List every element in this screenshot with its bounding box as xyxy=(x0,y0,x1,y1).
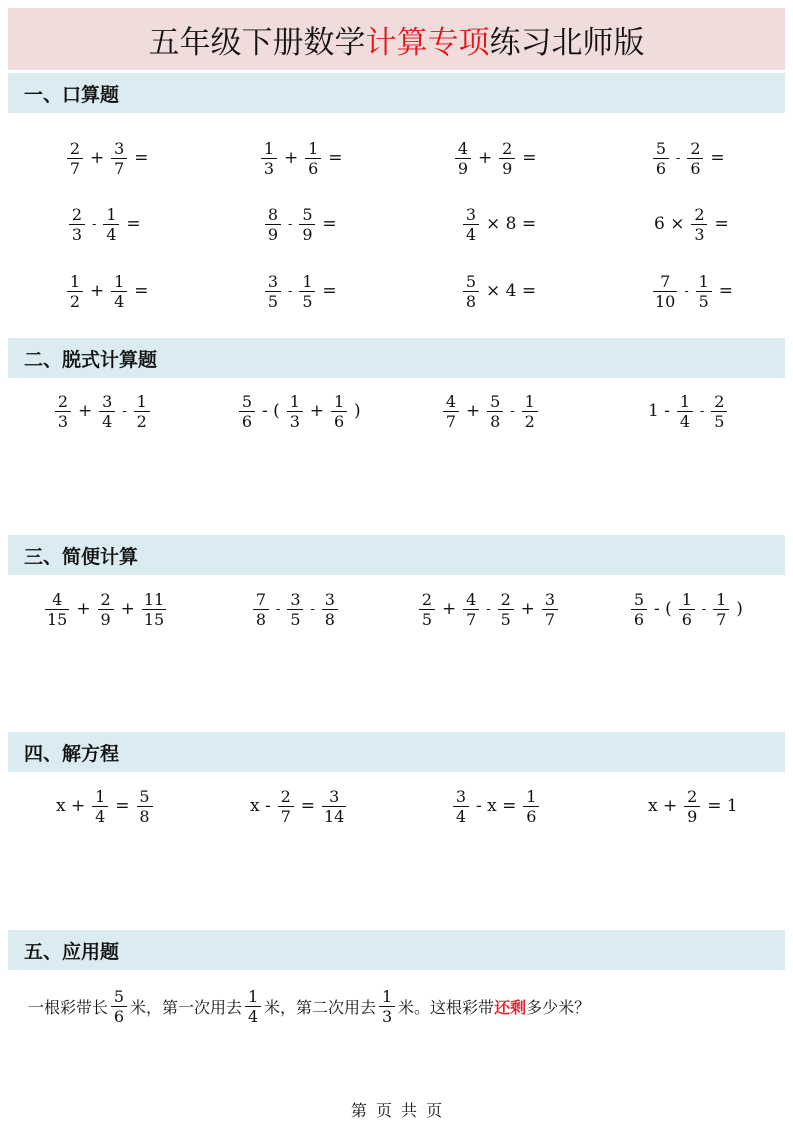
fraction: 58 xyxy=(463,272,479,311)
operator: + xyxy=(442,599,456,619)
fraction: 14 xyxy=(92,787,108,826)
operator: ) xyxy=(354,401,361,421)
numerator: 1 xyxy=(104,205,118,224)
operator: + xyxy=(478,148,492,168)
section-header-word-problems: 五、应用题 xyxy=(8,930,785,970)
numerator: 1 xyxy=(93,787,107,806)
title-banner: 五年级下册数学计算专项练习北师版 xyxy=(8,8,785,70)
numerator: 3 xyxy=(112,139,126,158)
numerator: 3 xyxy=(100,392,114,411)
fraction: 89 xyxy=(265,205,281,244)
denominator: 3 xyxy=(55,411,71,431)
fraction: 15 xyxy=(696,272,712,311)
problem-row: 12+14=35-15=58× 4 =710-15= xyxy=(0,267,793,315)
fraction: 16 xyxy=(679,590,695,629)
numerator: 5 xyxy=(240,392,254,411)
denominator: 6 xyxy=(679,609,695,629)
denominator: 7 xyxy=(713,609,729,629)
math-expression: 6 ×23= xyxy=(650,200,733,248)
denominator: 6 xyxy=(631,609,647,629)
fraction: 29 xyxy=(684,787,700,826)
math-expression: 49+29= xyxy=(452,134,541,182)
operator: = 1 xyxy=(707,796,737,816)
operator: = xyxy=(328,148,342,168)
denominator: 7 xyxy=(443,411,459,431)
word-problem-text-4: 米。这根彩带 xyxy=(398,995,494,1018)
section-header-simplified-calculation: 三、简便计算 xyxy=(8,535,785,575)
operator: x + xyxy=(648,796,677,816)
operator: + xyxy=(90,281,104,301)
operator: - xyxy=(702,602,706,617)
math-expression: 1 -14-25 xyxy=(644,387,730,435)
fraction: 23 xyxy=(69,205,85,244)
operator: - xyxy=(700,404,704,419)
denominator: 9 xyxy=(265,224,281,244)
math-expression: 35-15= xyxy=(262,267,341,315)
word-problem-text-1: 一根彩带长 xyxy=(28,995,108,1018)
operator: - x = xyxy=(476,796,516,816)
fraction: 56 xyxy=(653,139,669,178)
numerator: 1 xyxy=(262,139,276,158)
fraction: 29 xyxy=(499,139,515,178)
denominator: 4 xyxy=(92,806,108,826)
fraction: 13 xyxy=(379,987,395,1026)
fraction: 56 xyxy=(111,987,127,1026)
denominator: 6 xyxy=(523,806,539,826)
operator: × 8 = xyxy=(486,214,536,234)
operator: × 4 = xyxy=(486,281,536,301)
denominator: 15 xyxy=(45,609,69,629)
denominator: 5 xyxy=(265,291,281,311)
denominator: 7 xyxy=(67,158,83,178)
fraction: 34 xyxy=(453,787,469,826)
denominator: 5 xyxy=(419,609,435,629)
numerator: 1 xyxy=(714,590,728,609)
numerator: 1 xyxy=(680,590,694,609)
numerator: 2 xyxy=(692,205,706,224)
denominator: 3 xyxy=(691,224,707,244)
problem-row: x +14=58x -27=31434- x =16x +29= 1 xyxy=(0,782,793,830)
fraction: 12 xyxy=(134,392,150,431)
numerator: 3 xyxy=(323,590,337,609)
operator: = xyxy=(322,214,336,234)
problem-row: 27+37=13+16=49+29=56-26= xyxy=(0,134,793,182)
denominator: 5 xyxy=(711,411,727,431)
denominator: 4 xyxy=(677,411,693,431)
numerator: 11 xyxy=(142,590,166,609)
numerator: 5 xyxy=(300,205,314,224)
word-problem-text-3: 米，第二次用去 xyxy=(264,995,376,1018)
denominator: 9 xyxy=(98,609,114,629)
denominator: 8 xyxy=(253,609,269,629)
numerator: 1 xyxy=(678,392,692,411)
math-expression: 56- (13+16) xyxy=(236,387,365,435)
denominator: 8 xyxy=(137,806,153,826)
operator: - xyxy=(288,284,292,299)
fraction: 49 xyxy=(455,139,471,178)
operator: - xyxy=(276,602,280,617)
denominator: 4 xyxy=(111,291,127,311)
operator: + xyxy=(90,148,104,168)
section-header-step-calculation: 二、脱式计算题 xyxy=(8,338,785,378)
fraction: 1115 xyxy=(142,590,166,629)
numerator: 1 xyxy=(300,272,314,291)
operator: x - xyxy=(250,796,271,816)
numerator: 3 xyxy=(266,272,280,291)
denominator: 6 xyxy=(687,158,703,178)
denominator: 3 xyxy=(261,158,277,178)
math-expression: 23+34-12 xyxy=(52,387,153,435)
operator: = xyxy=(301,796,315,816)
numerator: 8 xyxy=(266,205,280,224)
denominator: 3 xyxy=(287,411,303,431)
operator: 1 - xyxy=(648,401,670,421)
math-expression: 56-26= xyxy=(650,134,729,182)
fraction: 26 xyxy=(687,139,703,178)
denominator: 5 xyxy=(287,609,303,629)
operator: x + xyxy=(56,796,85,816)
numerator: 3 xyxy=(543,590,557,609)
fraction: 37 xyxy=(111,139,127,178)
fraction: 58 xyxy=(487,392,503,431)
denominator: 6 xyxy=(305,158,321,178)
fraction: 34 xyxy=(463,205,479,244)
math-expression: 13+16= xyxy=(258,134,347,182)
denominator: 8 xyxy=(487,411,503,431)
fraction: 59 xyxy=(299,205,315,244)
numerator: 1 xyxy=(288,392,302,411)
operator: - ( xyxy=(654,599,672,619)
operator: - ( xyxy=(262,401,280,421)
numerator: 2 xyxy=(420,590,434,609)
word-problem-text-2: 米，第一次用去 xyxy=(130,995,242,1018)
fraction: 27 xyxy=(67,139,83,178)
title-part-3: 练习北师版 xyxy=(490,17,645,62)
numerator: 1 xyxy=(112,272,126,291)
operator: - xyxy=(676,151,680,166)
denominator: 4 xyxy=(99,411,115,431)
fraction: 35 xyxy=(265,272,281,311)
operator: = xyxy=(714,214,728,234)
fraction: 34 xyxy=(99,392,115,431)
numerator: 2 xyxy=(500,139,514,158)
numerator: 3 xyxy=(327,787,341,806)
numerator: 2 xyxy=(70,205,84,224)
math-expression: 58× 4 = xyxy=(460,267,540,315)
denominator: 4 xyxy=(103,224,119,244)
problem-row: 23-14=89-59=34× 8 =6 ×23= xyxy=(0,200,793,248)
numerator: 2 xyxy=(99,590,113,609)
denominator: 9 xyxy=(499,158,515,178)
operator: 6 × xyxy=(654,214,684,234)
denominator: 2 xyxy=(67,291,83,311)
fraction: 12 xyxy=(522,392,538,431)
fraction: 25 xyxy=(711,392,727,431)
denominator: 14 xyxy=(322,806,346,826)
operator: = xyxy=(522,148,536,168)
math-expression: 27+37= xyxy=(64,134,153,182)
word-problem: 一根彩带长 56 米，第一次用去 14 米，第二次用去 13 米。这根彩带还剩多… xyxy=(28,982,590,1030)
operator: = xyxy=(126,214,140,234)
section-header-equations: 四、解方程 xyxy=(8,732,785,772)
fraction: 35 xyxy=(287,590,303,629)
fraction: 13 xyxy=(287,392,303,431)
problem-row: 415+29+111578-35-3825+47-25+3756- (16-17… xyxy=(0,585,793,633)
numerator: 2 xyxy=(685,787,699,806)
operator: - xyxy=(288,217,292,232)
operator: + xyxy=(284,148,298,168)
numerator: 1 xyxy=(68,272,82,291)
word-problem-text-5: 多少米？ xyxy=(526,995,590,1018)
denominator: 2 xyxy=(134,411,150,431)
denominator: 5 xyxy=(696,291,712,311)
title-part-1: 五年级下册数学 xyxy=(149,17,366,62)
numerator: 1 xyxy=(332,392,346,411)
numerator: 3 xyxy=(288,590,302,609)
math-expression: 56- (16-17) xyxy=(628,585,747,633)
denominator: 7 xyxy=(111,158,127,178)
fraction: 23 xyxy=(55,392,71,431)
denominator: 7 xyxy=(278,806,294,826)
operator: - xyxy=(122,404,126,419)
denominator: 2 xyxy=(522,411,538,431)
problem-row: 23+34-1256- (13+16)47+58-121 -14-25 xyxy=(0,387,793,435)
denominator: 9 xyxy=(684,806,700,826)
denominator: 5 xyxy=(498,609,514,629)
denominator: 9 xyxy=(299,224,315,244)
math-expression: 710-15= xyxy=(650,267,737,315)
denominator: 6 xyxy=(239,411,255,431)
math-expression: 12+14= xyxy=(64,267,153,315)
operator: = xyxy=(134,148,148,168)
numerator: 1 xyxy=(524,787,538,806)
denominator: 15 xyxy=(142,609,166,629)
fraction: 16 xyxy=(523,787,539,826)
fraction: 14 xyxy=(677,392,693,431)
denominator: 6 xyxy=(331,411,347,431)
numerator: 2 xyxy=(68,139,82,158)
fraction: 78 xyxy=(253,590,269,629)
operator: = xyxy=(710,148,724,168)
section-header-oral: 一、口算题 xyxy=(8,73,785,113)
operator: - xyxy=(310,602,314,617)
operator: - xyxy=(486,602,490,617)
operator: + xyxy=(466,401,480,421)
numerator: 4 xyxy=(50,590,64,609)
numerator: 2 xyxy=(279,787,293,806)
operator: + xyxy=(121,599,135,619)
denominator: 9 xyxy=(455,158,471,178)
fraction: 47 xyxy=(463,590,479,629)
fraction: 14 xyxy=(111,272,127,311)
numerator: 5 xyxy=(654,139,668,158)
denominator: 8 xyxy=(322,609,338,629)
math-expression: 415+29+1115 xyxy=(42,585,169,633)
operator: = xyxy=(115,796,129,816)
fraction: 29 xyxy=(98,590,114,629)
math-expression: x +14=58 xyxy=(52,782,156,830)
fraction: 14 xyxy=(245,987,261,1026)
operator: + xyxy=(76,599,90,619)
fraction: 38 xyxy=(322,590,338,629)
numerator: 1 xyxy=(523,392,537,411)
numerator: 1 xyxy=(697,272,711,291)
denominator: 6 xyxy=(653,158,669,178)
fraction: 14 xyxy=(103,205,119,244)
operator: - xyxy=(510,404,514,419)
fraction: 47 xyxy=(443,392,459,431)
numerator: 4 xyxy=(444,392,458,411)
fraction: 58 xyxy=(137,787,153,826)
numerator: 4 xyxy=(456,139,470,158)
fraction: 16 xyxy=(305,139,321,178)
operator: + xyxy=(78,401,92,421)
math-expression: 25+47-25+37 xyxy=(416,585,561,633)
numerator: 5 xyxy=(632,590,646,609)
denominator: 3 xyxy=(69,224,85,244)
numerator: 3 xyxy=(454,787,468,806)
fraction: 16 xyxy=(331,392,347,431)
denominator: 5 xyxy=(299,291,315,311)
denominator: 10 xyxy=(653,291,677,311)
math-expression: 34- x =16 xyxy=(450,782,542,830)
math-expression: 89-59= xyxy=(262,200,341,248)
math-expression: 34× 8 = xyxy=(460,200,540,248)
page-footer: 第 页 共 页 xyxy=(0,1098,793,1121)
denominator: 7 xyxy=(463,609,479,629)
numerator: 2 xyxy=(499,590,513,609)
math-expression: 47+58-12 xyxy=(440,387,541,435)
numerator: 2 xyxy=(56,392,70,411)
denominator: 4 xyxy=(463,224,479,244)
numerator: 2 xyxy=(688,139,702,158)
denominator: 4 xyxy=(453,806,469,826)
math-expression: 78-35-38 xyxy=(250,585,341,633)
fraction: 25 xyxy=(498,590,514,629)
word-problem-highlight: 还剩 xyxy=(494,995,526,1018)
fraction: 415 xyxy=(45,590,69,629)
fraction: 17 xyxy=(713,590,729,629)
numerator: 2 xyxy=(712,392,726,411)
fraction: 56 xyxy=(631,590,647,629)
operator: = xyxy=(719,281,733,301)
numerator: 7 xyxy=(658,272,672,291)
fraction: 37 xyxy=(542,590,558,629)
fraction: 23 xyxy=(691,205,707,244)
numerator: 1 xyxy=(135,392,149,411)
operator: + xyxy=(521,599,535,619)
fraction: 710 xyxy=(653,272,677,311)
fraction: 56 xyxy=(239,392,255,431)
title-highlight: 计算专项 xyxy=(366,17,490,62)
fraction: 13 xyxy=(261,139,277,178)
fraction: 15 xyxy=(299,272,315,311)
denominator: 7 xyxy=(542,609,558,629)
operator: - xyxy=(684,284,688,299)
numerator: 5 xyxy=(464,272,478,291)
operator: = xyxy=(134,281,148,301)
operator: - xyxy=(92,217,96,232)
math-expression: x -27=314 xyxy=(246,782,349,830)
numerator: 3 xyxy=(464,205,478,224)
fraction: 314 xyxy=(322,787,346,826)
fraction: 12 xyxy=(67,272,83,311)
operator: + xyxy=(310,401,324,421)
numerator: 1 xyxy=(306,139,320,158)
denominator: 8 xyxy=(463,291,479,311)
numerator: 5 xyxy=(137,787,151,806)
operator: = xyxy=(322,281,336,301)
numerator: 4 xyxy=(464,590,478,609)
math-expression: 23-14= xyxy=(66,200,145,248)
fraction: 25 xyxy=(419,590,435,629)
fraction: 27 xyxy=(278,787,294,826)
math-expression: x +29= 1 xyxy=(644,782,742,830)
numerator: 7 xyxy=(254,590,268,609)
operator: ) xyxy=(736,599,743,619)
numerator: 5 xyxy=(488,392,502,411)
